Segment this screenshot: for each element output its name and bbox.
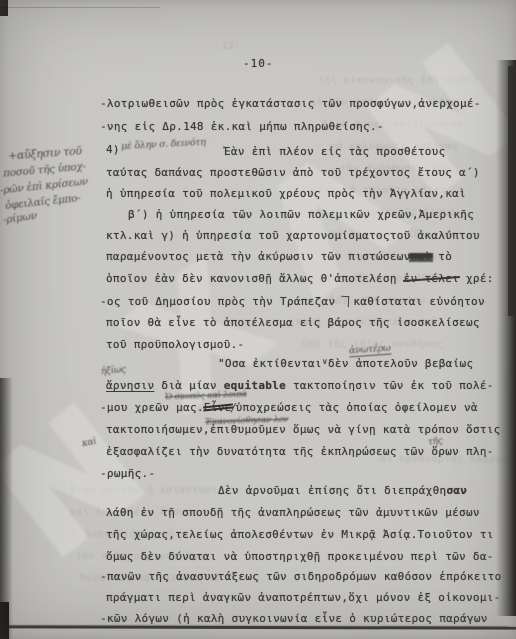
inserted-word-anotero: ἀνωτέρω <box>349 343 391 358</box>
handwritten-annotations: +αὔξησιν τοῦ ποσοῦ τῆς ὑποχ- -ρῶν ἐπὶ κρ… <box>0 0 516 639</box>
margin-note-line: +αὔξησιν τοῦ <box>8 144 83 162</box>
margin-note-line: -ρίμων <box>2 210 37 227</box>
margin-note-kai: καὶ <box>81 437 97 449</box>
note-above-eine: Ὁ σκοπὸς καὶ λοιπὰ <box>165 390 247 403</box>
scanned-document-page: -12- τῆς οἰκονομικῆς ἐπιτροπῆς αἱ τῶν ἐσ… <box>0 0 516 639</box>
note-above-epithymoumen: Ἐκανονίσθησαν λον <box>205 415 289 428</box>
note-above-oron: τῆς <box>428 436 443 447</box>
inline-insertion-note: μὲ ὅλην σ. δεινότη <box>121 137 206 152</box>
margin-note-line: ὀφειλαῖς ἔμπο- <box>5 192 81 212</box>
note-above-arnisin: ἠξίως <box>101 365 127 377</box>
